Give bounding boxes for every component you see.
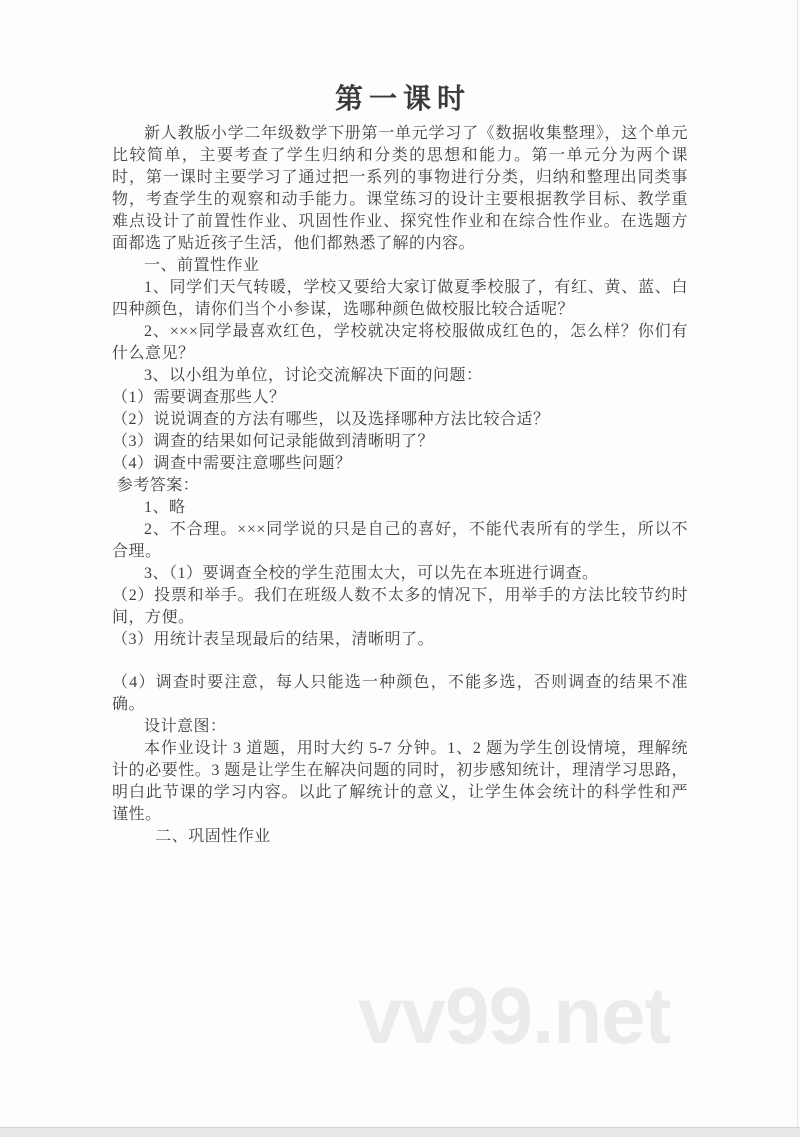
page-bottom-edge [0, 1127, 800, 1137]
list-item-q4: （4）调查中需要注意哪些问题？ [112, 453, 688, 475]
answer-3-part-4: （4）调查时要注意，每人只能选一种颜色，不能多选，否则调查的结果不准确。 [112, 672, 688, 716]
section-heading-1: 一、前置性作业 [112, 255, 688, 277]
section-heading-2: 二、巩固性作业 [112, 826, 688, 848]
page-title: 第一课时 [112, 82, 688, 116]
list-item-q3: （3）调查的结果如何记录能做到清晰明了？ [112, 431, 688, 453]
answer-3-part-1: 3、（1）要调查全校的学生范围太大，可以先在本班进行调查。 [112, 563, 688, 585]
watermark: vv99.net [358, 972, 670, 1060]
design-intent-heading: 设计意图： [112, 716, 688, 738]
answer-3-part-3: （3）用统计表呈现最后的结果，清晰明了。 [112, 629, 688, 651]
document-body: 第一课时 新人教版小学二年级数学下册第一单元学习了《数据收集整理》，这个单元比较… [112, 82, 688, 848]
document-page: 第一课时 新人教版小学二年级数学下册第一单元学习了《数据收集整理》，这个单元比较… [0, 0, 798, 1127]
list-item-q2: （2）说说调查的方法有哪些，以及选择哪种方法比较合适？ [112, 409, 688, 431]
paragraph-question-2: 2、×××同学最喜欢红色，学校就决定将校服做成红色的，怎么样？你们有什么意见？ [112, 321, 688, 365]
paragraph-question-1: 1、同学们天气转暖，学校又要给大家订做夏季校服了，有红、黄、蓝、白四种颜色，请你… [112, 277, 688, 321]
list-item-q1: （1）需要调查那些人？ [112, 387, 688, 409]
answer-3-part-2: （2）投票和举手。我们在班级人数不太多的情况下，用举手的方法比较节约时间，方便。 [112, 585, 688, 629]
answers-heading: 参考答案： [112, 475, 688, 497]
answer-2: 2、不合理。×××同学说的只是自己的喜好，不能代表所有的学生，所以不合理。 [112, 519, 688, 563]
paragraph-intro: 新人教版小学二年级数学下册第一单元学习了《数据收集整理》，这个单元比较简单，主要… [112, 123, 688, 255]
answer-1: 1、略 [112, 497, 688, 519]
paragraph-question-3: 3、以小组为单位，讨论交流解决下面的问题： [112, 365, 688, 387]
design-intent-body: 本作业设计 3 道题，用时大约 5-7 分钟。1、2 题为学生创设情境，理解统计… [112, 738, 688, 826]
